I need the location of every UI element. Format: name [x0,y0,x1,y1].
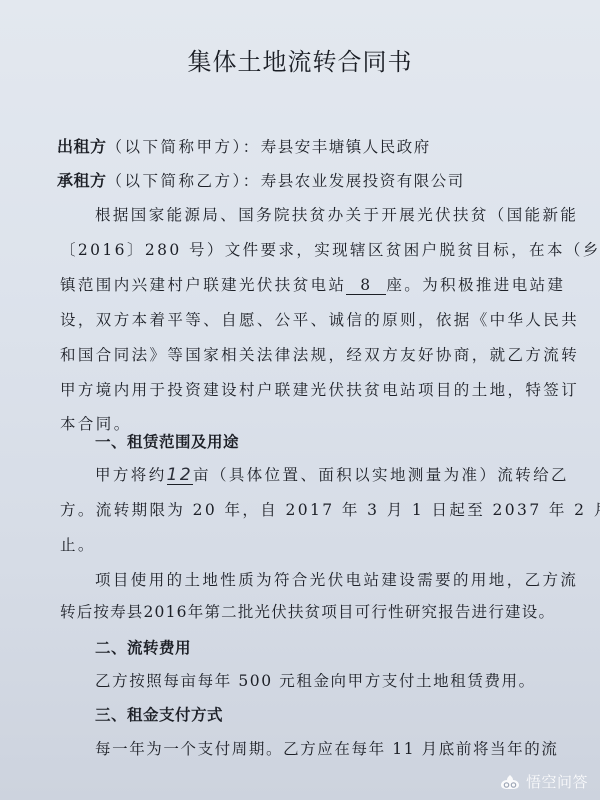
preamble-line-1: 根据国家能源局、国务院扶贫办关于开展光伏扶贫（国能新能 [95,203,560,225]
preamble-line-3-before: 镇范围内兴建村户联建光伏扶贫电站 [60,276,346,294]
section-1-line-5: 转后按寿县2016年第二批光伏扶贫项目可行性研究报告进行建设。 [60,600,560,622]
section-2-line-1: 乙方按照每亩每年 500 元租金向甲方支付土地租赁费用。 [95,669,560,691]
lessee-role: 承租方 [57,171,107,190]
preamble-line-3-after: 座。为积极推进电站建 [386,276,565,294]
preamble-line-3: 镇范围内兴建村户联建光伏扶贫电站8座。为积极推进电站建 [60,273,560,295]
lessor-line: 出租方（以下简称甲方）：寿县安丰塘镇人民政府 [57,134,431,157]
section-1-line-4: 项目使用的土地性质为符合光伏电站建设需要的用地，乙方流 [95,568,560,590]
section-3-heading: 三、租金支付方式 [95,703,223,725]
watermark-text: 悟空问答 [526,771,588,792]
section-3-line-1: 每一年为一个支付周期。乙方应在每年 11 月底前将当年的流 [95,737,560,759]
area-handwritten-blank: 12 [167,467,193,485]
section-1-heading: 一、租赁范围及用途 [95,430,239,452]
wukong-watermark: 悟空问答 [499,771,588,792]
preamble-line-6: 甲方境内用于投资建设村户联建光伏扶贫电站项目的土地，特签订 [60,378,560,400]
lessor-role: 出租方 [57,137,107,156]
preamble-line-2: 〔2016〕280 号）文件要求，实现辖区贫困户脱贫目标，在本（乡） [60,238,560,260]
preamble-line-5: 和国合同法》等国家相关法律法规，经双方友好协商，就乙方流转 [60,343,560,365]
lessor-alias: （以下简称甲方）： [107,138,261,156]
station-count-blank: 8 [346,277,386,295]
section-2-heading: 二、流转费用 [95,636,191,658]
section-1-line-3: 止。 [60,533,560,555]
document-title: 集体土地流转合同书 [0,42,600,77]
wukong-logo-icon [499,774,521,790]
preamble-line-4: 设，双方本着平等、自愿、公平、诚信的原则，依据《中华人民共 [60,308,560,330]
lessee-name: 寿县农业发展投资有限公司 [261,172,465,190]
section-1-line-1: 甲方将约12亩（具体位置、面积以实地测量为准）流转给乙 [95,463,560,485]
section-1-line-2: 方。流转期限为 20 年，自 2017 年 3 月 1 日起至 2037 年 2… [60,498,560,520]
contract-page: 集体土地流转合同书 出租方（以下简称甲方）：寿县安丰塘镇人民政府 承租方（以下简… [0,0,600,800]
lessee-line: 承租方（以下简称乙方）：寿县农业发展投资有限公司 [57,168,465,191]
section-1-line-1-after: 亩（具体位置、面积以实地测量为准）流转给乙 [193,466,569,484]
section-1-line-1-before: 甲方将约 [95,466,167,484]
lessor-name: 寿县安丰塘镇人民政府 [261,138,431,156]
lessee-alias: （以下简称乙方）： [107,172,261,190]
